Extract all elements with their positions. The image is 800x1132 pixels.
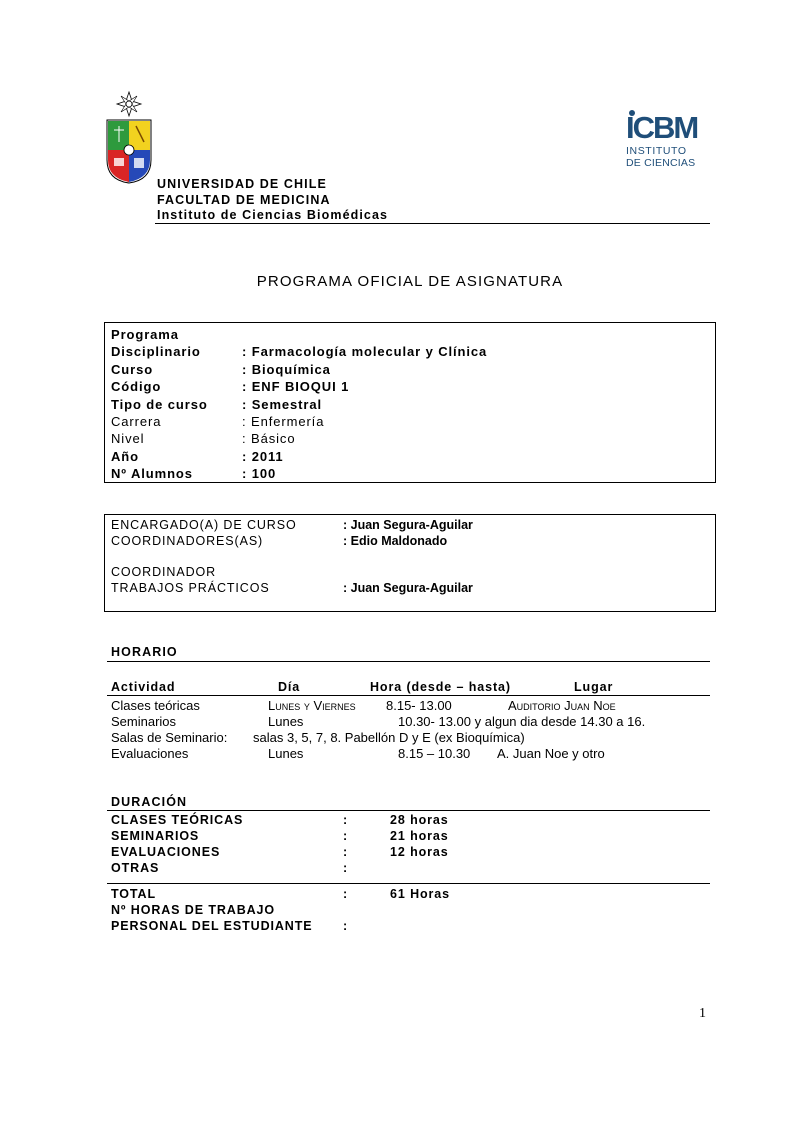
program-row-value: : 2011	[242, 448, 284, 465]
duracion-label: CLASES TEÓRICAS	[111, 812, 243, 828]
duracion-sep: :	[343, 860, 347, 876]
horario-actividad: Seminarios	[111, 713, 176, 730]
staff-row-label: COORDINADOR	[111, 564, 216, 580]
program-row-label: Nivel	[111, 430, 144, 447]
staff-row-label: ENCARGADO(A) DE CURSO	[111, 517, 297, 533]
horario-hora: 10.30- 13.00 y algun dia desde 14.30 a 1…	[398, 713, 645, 730]
horario-dia: Lunes y Viernes	[268, 697, 356, 714]
duracion-label: OTRAS	[111, 860, 159, 876]
svg-text:ICBM: ICBM	[626, 110, 697, 145]
svg-text:INSTITUTO: INSTITUTO	[626, 145, 687, 157]
staff-row-value: : Juan Segura-Aguilar	[343, 580, 473, 596]
personal-hours-label-1: Nº HORAS DE TRABAJO	[111, 902, 275, 918]
horario-divider	[107, 661, 710, 662]
col-actividad: Actividad	[111, 679, 175, 695]
total-label: TOTAL	[111, 886, 156, 902]
program-row-value: : Farmacología molecular y Clínica	[242, 343, 487, 360]
horario-lugar: A. Juan Noe y otro	[497, 745, 605, 762]
col-dia: Día	[278, 679, 300, 695]
university-crest-icon	[104, 90, 154, 185]
horario-hora: 8.15 – 10.30	[398, 745, 470, 762]
horario-dia: salas 3, 5, 7, 8. Pabellón D y E (ex Bio…	[253, 729, 525, 746]
program-row-label: Disciplinario	[111, 343, 201, 360]
icbm-logo: ICBM INSTITUTO DE CIENCIAS	[624, 108, 706, 174]
program-row-label: Tipo de curso	[111, 396, 208, 413]
program-row-value: : 100	[242, 465, 276, 482]
col-lugar: Lugar	[574, 679, 613, 695]
program-row-value: : Semestral	[242, 396, 322, 413]
page-number: 1	[699, 1006, 706, 1022]
program-row-value: : Bioquímica	[242, 361, 331, 378]
duracion-divider	[107, 810, 710, 811]
staff-row-value: : Edio Maldonado	[343, 533, 447, 549]
duracion-sep: :	[343, 844, 347, 860]
horario-dia: Lunes	[268, 713, 303, 730]
horario-header-divider	[107, 695, 710, 696]
duracion-label: SEMINARIOS	[111, 828, 199, 844]
page-title: PROGRAMA OFICIAL DE ASIGNATURA	[0, 273, 800, 290]
duracion-sep: :	[343, 828, 347, 844]
horario-actividad: Salas de Seminario:	[111, 729, 227, 746]
svg-text:DE CIENCIAS: DE CIENCIAS	[626, 157, 695, 169]
duracion-label: EVALUACIONES	[111, 844, 220, 860]
staff-row-label: COORDINADORES(AS)	[111, 533, 263, 549]
horario-hora: 8.15- 13.00	[386, 697, 452, 714]
staff-row-label: TRABAJOS PRÁCTICOS	[111, 580, 270, 596]
program-row-value: : Enfermería	[242, 413, 324, 430]
program-row-label: Curso	[111, 361, 153, 378]
program-row-label: Nº Alumnos	[111, 465, 193, 482]
horario-heading: HORARIO	[111, 645, 178, 659]
personal-hours-label-2: PERSONAL DEL ESTUDIANTE	[111, 918, 313, 934]
duracion-sep: :	[343, 812, 347, 828]
col-hora: Hora (desde – hasta)	[370, 679, 511, 695]
personal-hours-sep: :	[343, 918, 347, 934]
program-row-label: Programa	[111, 326, 179, 343]
institution-block: UNIVERSIDAD DE CHILE FACULTAD DE MEDICIN…	[157, 177, 388, 224]
program-row-label: Código	[111, 378, 161, 395]
duracion-value: 28 horas	[390, 812, 449, 828]
faculty-name: FACULTAD DE MEDICINA	[157, 193, 388, 209]
header-divider	[155, 223, 710, 224]
horario-actividad: Clases teóricas	[111, 697, 200, 714]
total-sep: :	[343, 886, 347, 902]
program-row-label: Año	[111, 448, 139, 465]
total-divider	[107, 883, 710, 884]
duracion-value: 12 horas	[390, 844, 449, 860]
horario-lugar: Auditorio Juan Noe	[508, 697, 616, 714]
program-row-label: Carrera	[111, 413, 161, 430]
horario-dia: Lunes	[268, 745, 303, 762]
program-row-value: : ENF BIOQUI 1	[242, 378, 349, 395]
program-row-value: : Básico	[242, 430, 295, 447]
staff-row-value: : Juan Segura-Aguilar	[343, 517, 473, 533]
university-name: UNIVERSIDAD DE CHILE	[157, 177, 388, 193]
duracion-value: 21 horas	[390, 828, 449, 844]
duracion-heading: DURACIÓN	[111, 795, 187, 809]
total-value: 61 Horas	[390, 886, 450, 902]
institute-name: Instituto de Ciencias Biomédicas	[157, 208, 388, 224]
horario-actividad: Evaluaciones	[111, 745, 188, 762]
